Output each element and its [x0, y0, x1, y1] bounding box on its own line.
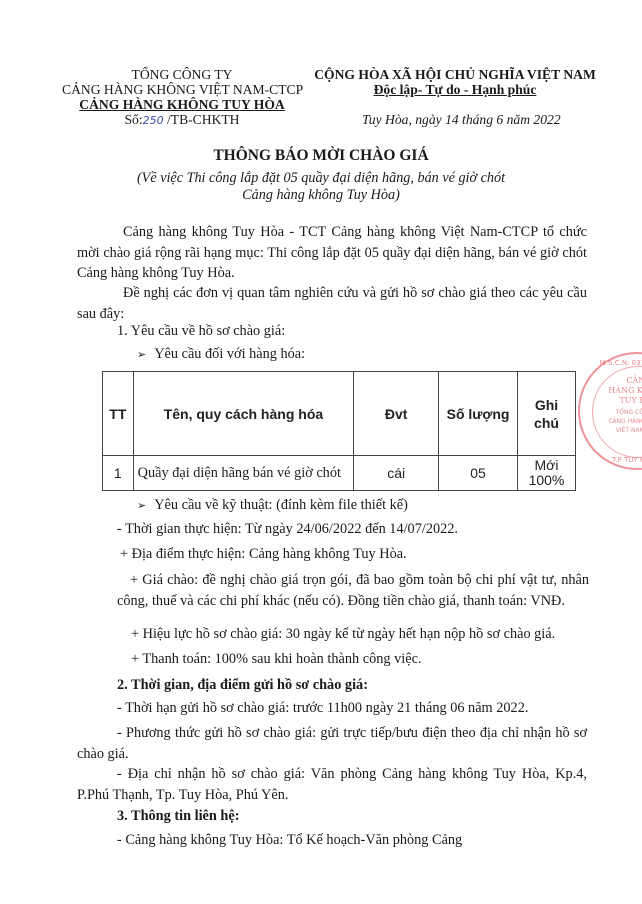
doc-number-handwritten: 250 [143, 114, 164, 127]
execution-location: + Địa điểm thực hiện: Cảng hàng không Tu… [120, 546, 407, 563]
table-header-row: TT Tên, quy cách hàng hóa Đvt Số lượng G… [103, 372, 576, 456]
place-date: Tuy Hòa, ngày 14 tháng 6 năm 2022 [362, 112, 561, 128]
stamp-small-text: TỔNG CÔNG TY CẢNG HÀNG KHÔNG VIỆT NAM-CT… [600, 408, 642, 435]
col-header-note: Ghi chú [517, 372, 575, 456]
issuer-name: CẢNG HÀNG KHÔNG TUY HÒA [62, 97, 302, 112]
bullet-goods: ➢Yêu cầu đối với hàng hóa: [137, 346, 305, 363]
goods-table: TT Tên, quy cách hàng hóa Đvt Số lượng G… [102, 371, 576, 491]
cell-note: Mới 100% [517, 456, 575, 491]
national-motto: Độc lập- Tự do - Hạnh phúc [308, 82, 602, 97]
national-header: CỘNG HÒA XÃ HỘI CHỦ NGHĨA VIỆT NAM Độc l… [308, 67, 602, 97]
col-header-unit: Đvt [354, 372, 439, 456]
col-header-quantity: Số lượng [439, 372, 518, 456]
section1-heading: 1. Yêu cầu về hồ sơ chào giá: [117, 323, 285, 340]
table-row: 1 Quầy đại diện hãng bán vé giờ chót cái… [103, 456, 576, 491]
parent-company-line2: CẢNG HÀNG KHÔNG VIỆT NAM-CTCP [62, 82, 302, 97]
stamp-tax-code: M.S.C.N: 0311638525 [588, 359, 642, 367]
section3-heading: 3. Thông tin liên hệ: [117, 808, 239, 825]
col-header-tt: TT [103, 372, 134, 456]
document-subtitle: (Về việc Thi công lắp đặt 05 quầy đại di… [0, 170, 642, 204]
submission-method: - Phương thức gửi hồ sơ chào giá: gửi tr… [77, 723, 587, 764]
request-paragraph: Đề nghị các đơn vị quan tâm nghiên cứu v… [77, 283, 587, 324]
cell-unit: cái [354, 456, 439, 491]
nation-name: CỘNG HÒA XÃ HỘI CHỦ NGHĨA VIỆT NAM [308, 67, 602, 82]
arrow-bullet-icon: ➢ [137, 348, 146, 361]
issuer-block: TỔNG CÔNG TY CẢNG HÀNG KHÔNG VIỆT NAM-CT… [62, 67, 302, 128]
submission-address: - Địa chỉ nhận hồ sơ chào giá: Văn phòng… [77, 764, 587, 805]
document-title: THÔNG BÁO MỜI CHÀO GIÁ [0, 147, 642, 165]
parent-company-line1: TỔNG CÔNG TY [62, 67, 302, 82]
doc-number: Số:250 /TB-CHKTH [62, 112, 302, 128]
section2-heading: 2. Thời gian, địa điểm gửi hồ sơ chào gi… [117, 677, 368, 694]
execution-time: - Thời gian thực hiện: Từ ngày 24/06/202… [117, 521, 458, 538]
intro-paragraph: Cảng hàng không Tuy Hòa - TCT Cảng hàng … [77, 222, 587, 284]
validity-terms: + Hiệu lực hồ sơ chào giá: 30 ngày kể từ… [131, 626, 555, 643]
cell-tt: 1 [103, 456, 134, 491]
price-terms: + Giá chào: đề nghị chào giá trọn gói, đ… [117, 570, 589, 611]
bullet-technical: ➢Yêu cầu về kỹ thuật: (đính kèm file thi… [137, 497, 408, 514]
cell-name: Quầy đại diện hãng bán vé giờ chót [133, 456, 354, 491]
red-seal-stamp: M.S.C.N: 0311638525 CẢNG HÀNG KHÔNG TUY … [578, 352, 642, 470]
arrow-bullet-icon: ➢ [137, 499, 146, 512]
stamp-center-text: CẢNG HÀNG KHÔNG TUY HÒA [600, 376, 642, 406]
cell-quantity: 05 [439, 456, 518, 491]
submission-deadline: - Thời hạn gửi hồ sơ chào giá: trước 11h… [117, 700, 528, 717]
col-header-name: Tên, quy cách hàng hóa [133, 372, 354, 456]
contact-info: - Cảng hàng không Tuy Hòa: Tổ Kế hoạch-V… [117, 832, 462, 849]
payment-terms: + Thanh toán: 100% sau khi hoàn thành cô… [131, 651, 422, 668]
stamp-ring-bottom: T.P TUY HÒA - T. [590, 456, 642, 464]
